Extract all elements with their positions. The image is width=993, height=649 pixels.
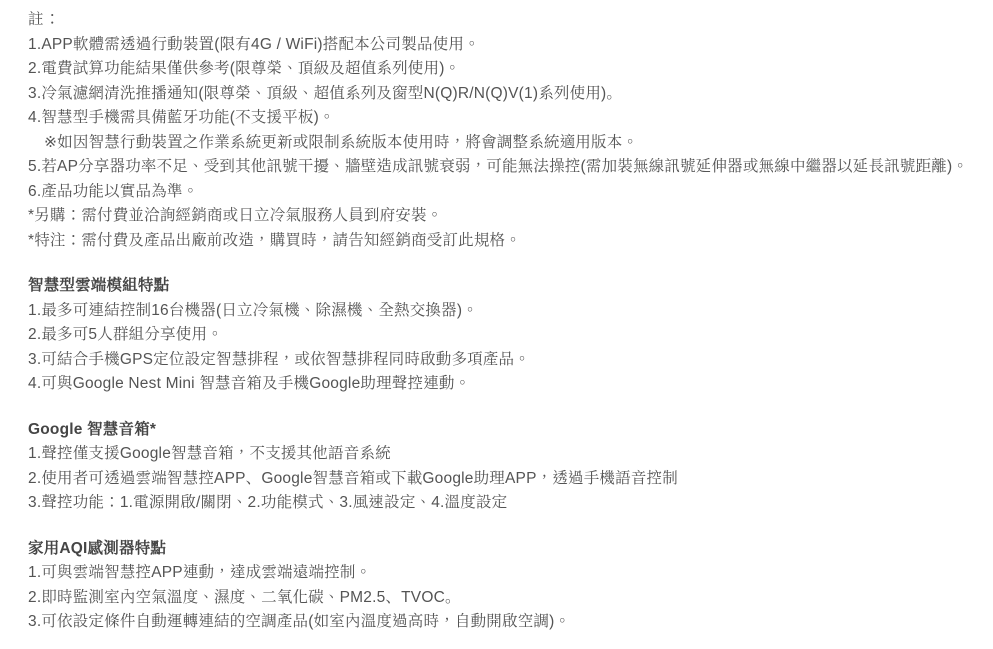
note-line-2: 2.電費試算功能結果僅供參考(限尊榮、頂級及超值系列使用)。: [28, 57, 993, 82]
note-line-4: 4.智慧型手機需具備藍牙功能(不支援平板)。: [28, 106, 993, 131]
smart-cloud-module-section: 智慧型雲端模組特點 1.最多可連結控制16台機器(日立冷氣機、除濕機、全熱交換器…: [28, 274, 993, 397]
google-speaker-line-2: 2.使用者可透過雲端智慧控APP、Google智慧音箱或下載Google助理AP…: [28, 467, 993, 492]
section-heading-google-smart-speaker: Google 智慧音箱*: [28, 418, 993, 443]
aqi-sensor-line-1: 1.可與雲端智慧控APP連動，達成雲端遠端控制。: [28, 561, 993, 586]
note-purchase-remark: *另購：需付費並洽詢經銷商或日立冷氣服務人員到府安裝。: [28, 204, 993, 229]
note-line-5: 5.若AP分享器功率不足、受到其他訊號干擾、牆壁造成訊號衰弱，可能無法操控(需加…: [28, 155, 993, 180]
aqi-sensor-line-3: 3.可依設定條件自動運轉連結的空調產品(如室內溫度過高時，自動開啟空調)。: [28, 610, 993, 635]
smart-cloud-line-2: 2.最多可5人群組分享使用。: [28, 323, 993, 348]
smart-cloud-line-1: 1.最多可連結控制16台機器(日立冷氣機、除濕機、全熱交換器)。: [28, 299, 993, 324]
section-heading-smart-cloud-module: 智慧型雲端模組特點: [28, 274, 993, 299]
note-line-6: 6.產品功能以實品為準。: [28, 180, 993, 205]
home-aqi-sensor-section: 家用AQI感測器特點 1.可與雲端智慧控APP連動，達成雲端遠端控制。 2.即時…: [28, 537, 993, 635]
note-line-3: 3.冷氣濾網清洗推播通知(限尊榮、頂級、超值系列及窗型N(Q)R/N(Q)V(1…: [28, 82, 993, 107]
google-smart-speaker-section: Google 智慧音箱* 1.聲控僅支援Google智慧音箱，不支援其他語音系統…: [28, 418, 993, 516]
section-heading-home-aqi-sensor: 家用AQI感測器特點: [28, 537, 993, 562]
aqi-sensor-line-2: 2.即時監測室內空氣溫度、濕度、二氧化碳、PM2.5、TVOC。: [28, 586, 993, 611]
smart-cloud-line-3: 3.可結合手機GPS定位設定智慧排程，或依智慧排程同時啟動多項產品。: [28, 348, 993, 373]
notes-section: 註： 1.APP軟體需透過行動裝置(限有4G / WiFi)搭配本公司製品使用。…: [28, 8, 993, 253]
note-line-1: 1.APP軟體需透過行動裝置(限有4G / WiFi)搭配本公司製品使用。: [28, 33, 993, 58]
google-speaker-line-3: 3.聲控功能：1.電源開啟/關閉、2.功能模式、3.風速設定、4.溫度設定: [28, 491, 993, 516]
note-subnote: ※如因智慧行動裝置之作業系統更新或限制系統版本使用時，將會調整系統適用版本。: [28, 131, 993, 156]
notes-title: 註：: [28, 8, 993, 33]
product-notes-document: 註： 1.APP軟體需透過行動裝置(限有4G / WiFi)搭配本公司製品使用。…: [0, 0, 993, 649]
smart-cloud-line-4: 4.可與Google Nest Mini 智慧音箱及手機Google助理聲控連動…: [28, 372, 993, 397]
google-speaker-line-1: 1.聲控僅支援Google智慧音箱，不支援其他語音系統: [28, 442, 993, 467]
note-special-remark: *特注：需付費及產品出廠前改造，購買時，請告知經銷商受訂此規格。: [28, 229, 993, 254]
